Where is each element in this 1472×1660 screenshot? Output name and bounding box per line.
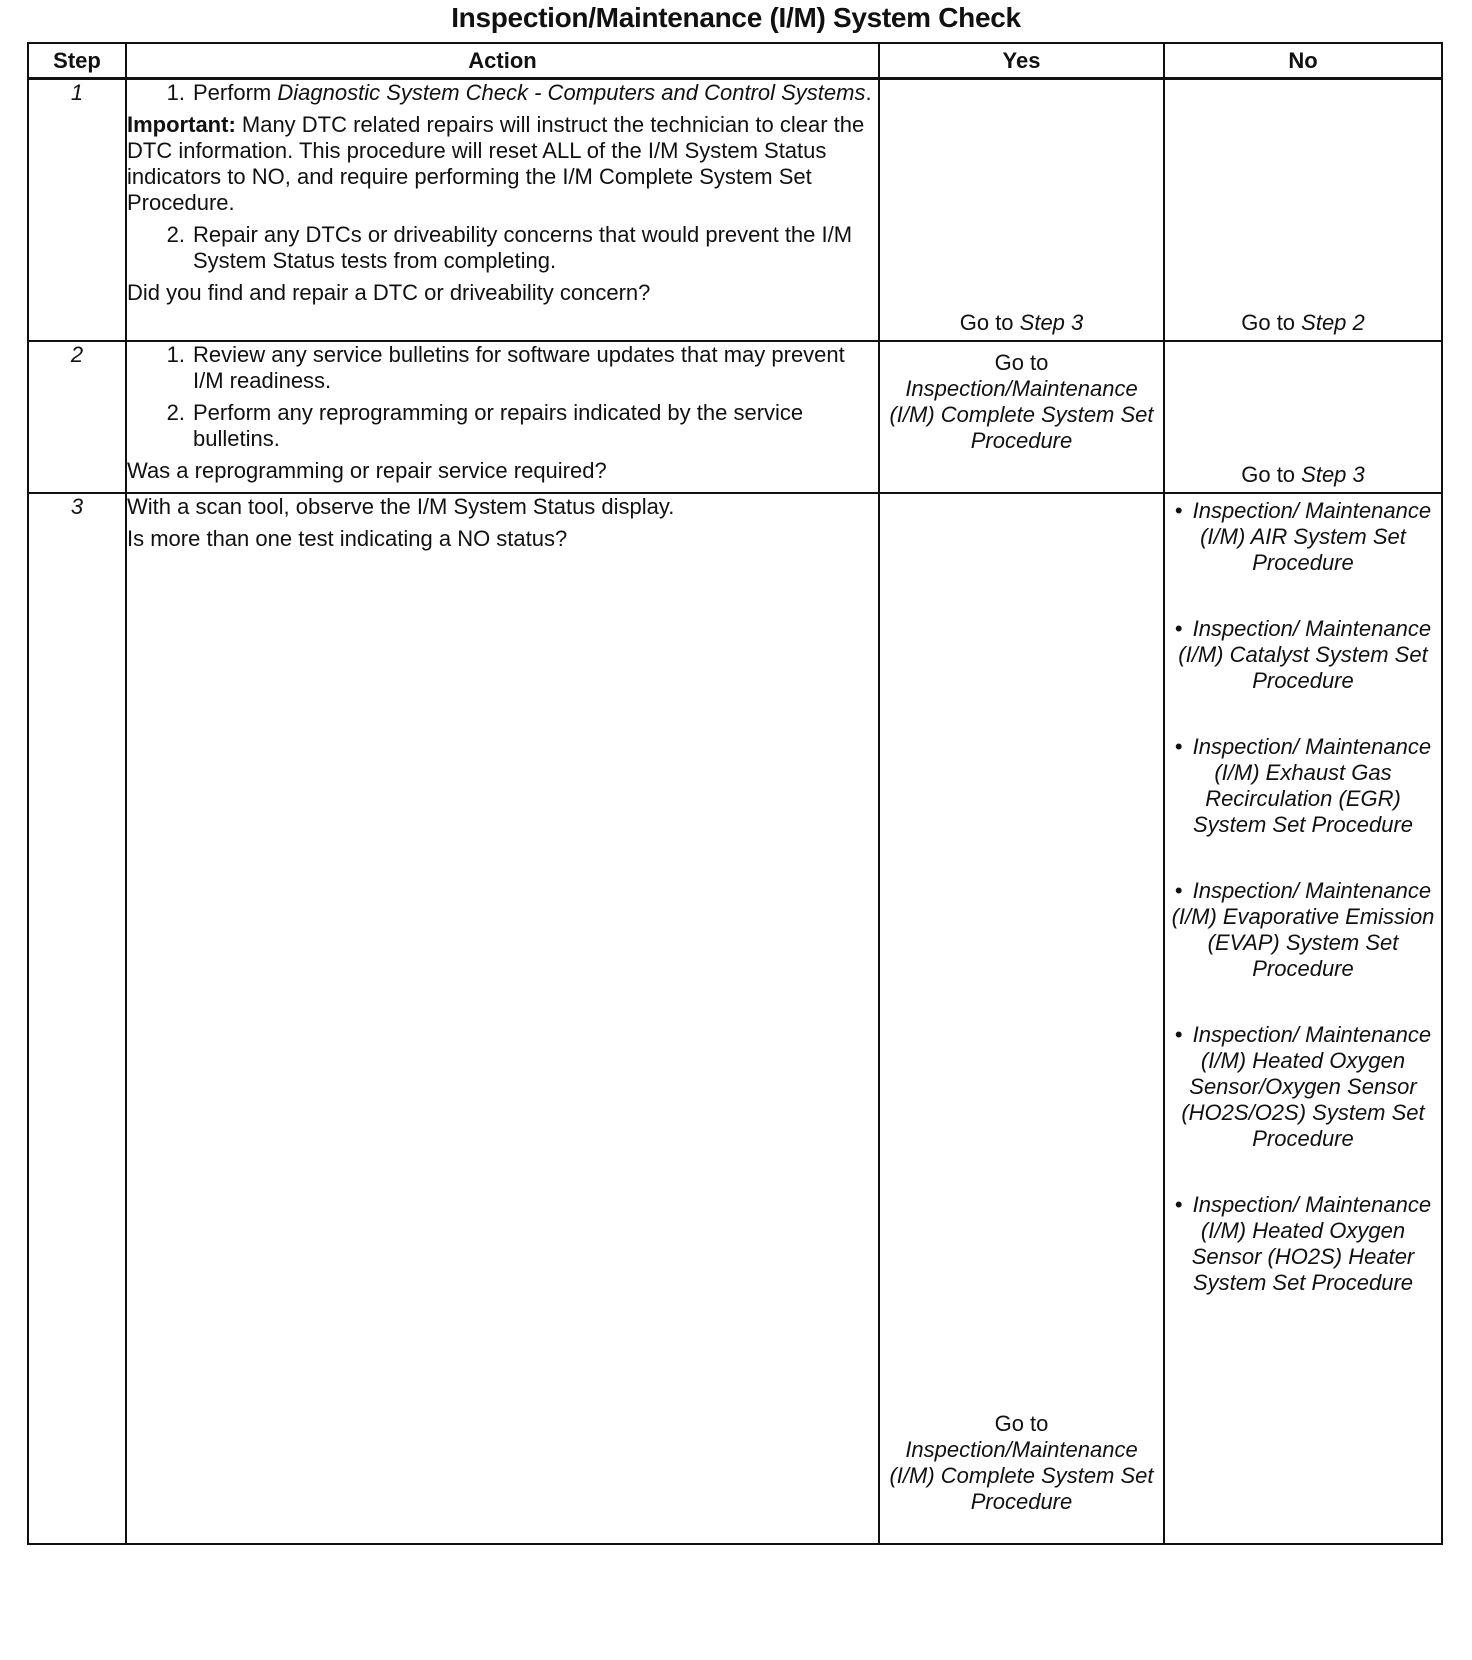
- table-row: 2 1. Review any service bulletins for so…: [28, 341, 1442, 493]
- table-row: 3 With a scan tool, observe the I/M Syst…: [28, 493, 1442, 1544]
- punctuation: .: [865, 80, 871, 105]
- important-note: Important: Many DTC related repairs will…: [127, 112, 878, 216]
- step-question: Is more than one test indicating a NO st…: [127, 526, 878, 552]
- action-text: Perform any reprogramming or repairs ind…: [193, 400, 878, 452]
- procedure-link[interactable]: Inspection/ Maintenance (I/M) Exhaust Ga…: [1193, 734, 1432, 837]
- goto-label: Go to: [882, 350, 1161, 376]
- action-text: Review any service bulletins for softwar…: [193, 342, 878, 394]
- action-list-item: 1. Review any service bulletins for soft…: [127, 342, 878, 394]
- system-check-table: Step Action Yes No 1 1. Perform Diagnost…: [27, 42, 1443, 1545]
- procedure-link[interactable]: Inspection/Maintenance (I/M) Complete Sy…: [889, 376, 1153, 453]
- yes-goto: Go to Inspection/Maintenance (I/M) Compl…: [880, 350, 1163, 454]
- bullet-icon: •: [1175, 1192, 1183, 1217]
- step-number: 1: [28, 79, 126, 341]
- step-action: 1. Perform Diagnostic System Check - Com…: [126, 79, 879, 341]
- action-text: Repair any DTCs or driveability concerns…: [193, 222, 878, 274]
- bullet-icon: •: [1175, 616, 1183, 641]
- bullet-icon: •: [1175, 1022, 1183, 1047]
- no-cell: Go to Step 2: [1164, 79, 1442, 341]
- column-header-step: Step: [28, 43, 126, 79]
- column-header-no: No: [1164, 43, 1442, 79]
- procedure-list-item[interactable]: •Inspection/ Maintenance (I/M) AIR Syste…: [1165, 498, 1441, 576]
- procedure-link[interactable]: Inspection/ Maintenance (I/M) AIR System…: [1193, 498, 1432, 575]
- action-list-item: 2. Perform any reprogramming or repairs …: [127, 400, 878, 452]
- list-number: 1.: [127, 342, 193, 394]
- procedure-link[interactable]: Inspection/ Maintenance (I/M) Heated Oxy…: [1181, 1022, 1431, 1151]
- page-title: Inspection/Maintenance (I/M) System Chec…: [0, 2, 1472, 34]
- no-cell: •Inspection/ Maintenance (I/M) AIR Syste…: [1164, 493, 1442, 1544]
- yes-goto: Go to Step 3: [880, 310, 1163, 336]
- no-goto: Go to Step 2: [1165, 310, 1441, 336]
- goto-label: Go to: [1241, 310, 1301, 335]
- goto-label: Go to: [1241, 462, 1301, 487]
- goto-step-link[interactable]: Step 3: [1020, 310, 1084, 335]
- yes-cell: Go to Inspection/Maintenance (I/M) Compl…: [879, 493, 1164, 1544]
- procedure-link[interactable]: Inspection/Maintenance (I/M) Complete Sy…: [889, 1437, 1153, 1514]
- bullet-icon: •: [1175, 734, 1183, 759]
- bullet-icon: •: [1175, 878, 1183, 903]
- list-number: 2.: [127, 222, 193, 274]
- action-list-item: 1. Perform Diagnostic System Check - Com…: [127, 80, 878, 106]
- procedure-link[interactable]: Inspection/ Maintenance (I/M) Heated Oxy…: [1192, 1192, 1431, 1295]
- action-text: With a scan tool, observe the I/M System…: [127, 494, 878, 520]
- goto-label: Go to: [960, 310, 1020, 335]
- column-header-action: Action: [126, 43, 879, 79]
- procedure-list-item[interactable]: •Inspection/ Maintenance (I/M) Evaporati…: [1165, 878, 1441, 982]
- list-number: 1.: [127, 80, 193, 106]
- goto-label: Go to: [882, 1411, 1161, 1437]
- procedure-link[interactable]: Inspection/ Maintenance (I/M) Catalyst S…: [1178, 616, 1431, 693]
- procedure-link[interactable]: Inspection/ Maintenance (I/M) Evaporativ…: [1172, 878, 1435, 981]
- goto-step-link[interactable]: Step 2: [1301, 310, 1365, 335]
- no-cell: Go to Step 3: [1164, 341, 1442, 493]
- important-text: Many DTC related repairs will instruct t…: [127, 112, 864, 215]
- step-number: 3: [28, 493, 126, 1544]
- step-number: 2: [28, 341, 126, 493]
- step-action: With a scan tool, observe the I/M System…: [126, 493, 879, 1544]
- goto-step-link[interactable]: Step 3: [1301, 462, 1365, 487]
- important-label: Important:: [127, 112, 236, 137]
- action-text: Perform: [193, 80, 277, 105]
- bullet-icon: •: [1175, 498, 1183, 523]
- no-goto: Go to Step 3: [1165, 462, 1441, 488]
- table-header-row: Step Action Yes No: [28, 43, 1442, 79]
- procedure-link[interactable]: Diagnostic System Check - Computers and …: [277, 80, 865, 105]
- step-action: 1. Review any service bulletins for soft…: [126, 341, 879, 493]
- procedure-list-item[interactable]: •Inspection/ Maintenance (I/M) Catalyst …: [1165, 616, 1441, 694]
- table-row: 1 1. Perform Diagnostic System Check - C…: [28, 79, 1442, 341]
- step-question: Did you find and repair a DTC or driveab…: [127, 280, 878, 306]
- step-question: Was a reprogramming or repair service re…: [127, 458, 878, 484]
- procedure-list-item[interactable]: •Inspection/ Maintenance (I/M) Exhaust G…: [1165, 734, 1441, 838]
- procedure-list: •Inspection/ Maintenance (I/M) AIR Syste…: [1165, 498, 1441, 1296]
- yes-cell: Go to Inspection/Maintenance (I/M) Compl…: [879, 341, 1164, 493]
- action-list-item: 2. Repair any DTCs or driveability conce…: [127, 222, 878, 274]
- procedure-list-item[interactable]: •Inspection/ Maintenance (I/M) Heated Ox…: [1165, 1022, 1441, 1152]
- yes-cell: Go to Step 3: [879, 79, 1164, 341]
- column-header-yes: Yes: [879, 43, 1164, 79]
- list-number: 2.: [127, 400, 193, 452]
- procedure-list-item[interactable]: •Inspection/ Maintenance (I/M) Heated Ox…: [1165, 1192, 1441, 1296]
- yes-goto: Go to Inspection/Maintenance (I/M) Compl…: [880, 1411, 1163, 1515]
